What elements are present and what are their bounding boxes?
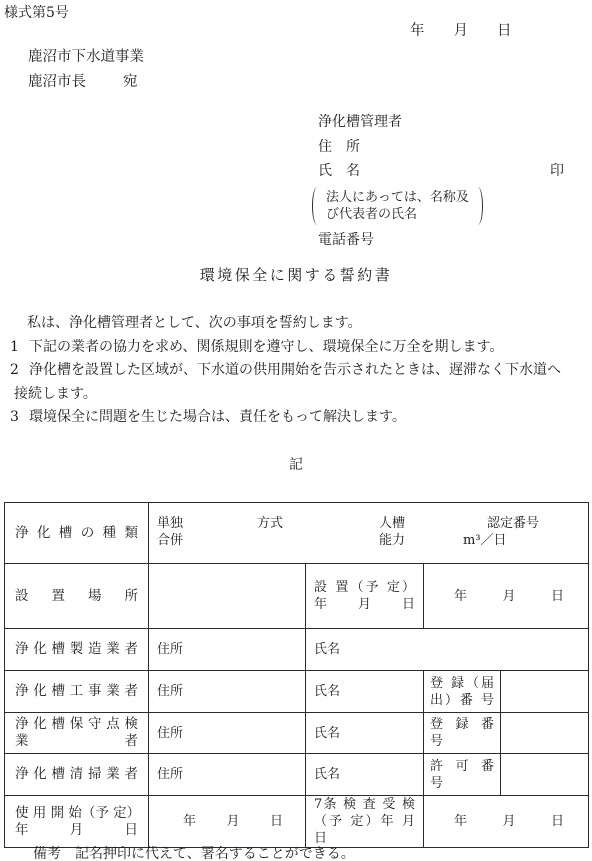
cell-cleaner-permit-label: 許 可 番 号 [424,754,501,796]
date-line: 年 月 日 [410,19,512,40]
cell-maintenance-registration-value [501,713,589,754]
cell-installer-registration-label: 登 録（届 出）番 号 [424,671,501,713]
row-cleaner: 浄 化 槽 清 掃 業 者 住所 氏名 許 可 番 号 [5,754,589,796]
corp-note-line2: び代表者の氏名 [326,206,469,223]
label-hoshu-line2: 業 者 [15,733,138,750]
ki-heading: 記 [6,454,586,474]
cell-start-date-value: 年 月 日 [149,796,306,848]
seal-mark: 印 [550,159,564,184]
cell-maintenance-name: 氏名 [306,713,424,754]
name-row: 氏 名 印 [318,159,564,184]
cell-cleaner-permit-value [501,754,589,796]
label-ninso: 人槽 [379,515,405,532]
cell-start-label: 使 用 開 始（予 定） 年 月 日 [5,796,149,848]
row-start-of-use: 使 用 開 始（予 定） 年 月 日 年 月 日 7条 検 査 受 検 （予 定… [5,796,589,848]
label-shiyo-line2: 年 月 日 [15,822,138,839]
pledge-table: 浄 化 槽 の 種 類 単独 合併 方式 人槽 能力 認定番号 m³／日 設 置… [4,502,589,848]
row-installation-site: 設 置 場 所 設 置（予 定） 年 月 日 年 月 日 [5,564,589,629]
pledge-item-2-continuation: 接続します。 [10,383,586,407]
label-houshiki: 方式 [257,515,283,532]
corporate-note: 法人にあっては、名称及 び代表者の氏名 [312,186,564,226]
cell-manufacturer-address: 住所 [149,629,306,671]
label-nouryoku: 能力 [379,532,405,549]
form-page: 様式第5号 年 月 日 鹿沼市下水道事業 鹿沼市長 宛 浄化槽管理者 住 所 氏… [0,0,592,861]
cell-maintenance-registration-label: 登 録 番 号 [424,713,501,754]
cell-article7-inspection-label: 7条 検 査 受 検 （予 定）年 月 日 [306,796,424,848]
label-gappei: 合併 [157,532,183,549]
cell-site-value [149,564,306,629]
name-label: 氏 名 [318,159,360,184]
corp-note-bracket-right-icon [473,187,483,225]
row-manufacturer: 浄 化 槽 製 造 業 者 住所 氏名 [5,629,589,671]
pledge-item-3: 3 環境保全に問題を生じた場合は、責任をもって解決します。 [10,406,586,430]
item-number: 2 [10,359,29,383]
addressee-line: 鹿沼市長 宛 [28,70,138,91]
cell-cleaner-name: 氏名 [306,754,424,796]
phone-label: 電話番号 [318,228,564,253]
cell-installation-date-value: 年 月 日 [424,564,589,629]
label-shiyo-line1: 使 用 開 始（予 定） [15,805,138,822]
header-certification-number: 認定番号 m³／日 [463,515,539,549]
pledge-intro: 私は、浄化槽管理者として、次の事項を誓約します。 [10,312,586,336]
corp-note-text: 法人にあっては、名称及 び代表者の氏名 [322,189,473,223]
pledge-item-2: 2 浄化槽を設置した区域が、下水道の供用開始を告示されたときは、遅滞なく下水道へ [10,359,586,383]
addressee-suffix: 宛 [123,70,138,91]
corp-note-bracket-left-icon [312,187,322,225]
cell-type-header: 単独 合併 方式 人槽 能力 認定番号 m³／日 [149,503,589,564]
pledge-item-1: 1 下記の業者の協力を求め、関係規則を遵守し、環境保全に万全を期します。 [10,336,586,360]
label-tandoku: 単独 [157,515,183,532]
cell-type-label: 浄 化 槽 の 種 類 [5,503,149,564]
cell-manufacturer-label: 浄 化 槽 製 造 業 者 [5,629,149,671]
addressee-name: 鹿沼市長 [28,70,86,91]
cell-installer-name: 氏名 [306,671,424,713]
row-maintenance: 浄 化 槽 保 守 点 検 業 者 住所 氏名 登 録 番 号 [5,713,589,754]
cell-installer-address: 住所 [149,671,306,713]
item-number: 3 [10,406,29,430]
label-reg-line2: 出）番 号 [430,692,494,709]
label-article7-line2: （予 定）年 月 日 [314,813,415,847]
sender-organization: 鹿沼市下水道事業 [28,45,144,66]
pledge-body: 私は、浄化槽管理者として、次の事項を誓約します。 1 下記の業者の協力を求め、関… [10,312,586,430]
header-ninso-nouryoku: 人槽 能力 [379,515,405,549]
item-text: 下記の業者の協力を求め、関係規則を遵守し、環境保全に万全を期します。 [29,336,503,360]
label-reg-line1: 登 録（届 [430,675,494,692]
label-hoshu-line1: 浄 化 槽 保 守 点 検 [15,716,138,733]
item-text: 環境保全に問題を生じた場合は、責任をもって解決します。 [29,406,406,430]
cell-cleaner-label: 浄 化 槽 清 掃 業 者 [5,754,149,796]
label-article7-line1: 7条 検 査 受 検 [314,796,415,813]
item-text: 浄化槽を設置した区域が、下水道の供用開始を告示されたときは、遅滞なく下水道へ [29,359,561,383]
item-number: 1 [10,336,29,360]
corp-note-line1: 法人にあっては、名称及 [326,189,469,206]
label-unit-m3-day: m³／日 [463,532,539,549]
row-septic-tank-type: 浄 化 槽 の 種 類 単独 合併 方式 人槽 能力 認定番号 m³／日 [5,503,589,564]
label-ymd: 年 月 日 [314,596,415,613]
header-tandoku-gappei: 単独 合併 [157,515,183,549]
cell-installer-registration-value [501,671,589,713]
manager-block: 浄化槽管理者 住 所 氏 名 印 法人にあっては、名称及 び代表者の氏名 電話番… [318,110,564,252]
form-number: 様式第5号 [4,2,69,22]
manager-title: 浄化槽管理者 [318,110,564,135]
cell-manufacturer-name: 氏名 [306,629,589,671]
document-title: 環境保全に関する誓約書 [6,264,586,285]
cell-maintenance-address: 住所 [149,713,306,754]
address-label: 住 所 [318,135,564,160]
cell-installer-label: 浄 化 槽 工 事 業 者 [5,671,149,713]
row-installer: 浄 化 槽 工 事 業 者 住所 氏名 登 録（届 出）番 号 [5,671,589,713]
label-nintei: 認定番号 [463,515,539,532]
remarks-note: 備考 記名押印に代えて、署名することができる。 [33,843,355,861]
cell-article7-date-value: 年 月 日 [424,796,589,848]
cell-installation-date-label: 設 置（予 定） 年 月 日 [306,564,424,629]
label-setchi-yotei: 設 置（予 定） [314,579,415,596]
cell-site-label: 設 置 場 所 [5,564,149,629]
cell-cleaner-address: 住所 [149,754,306,796]
cell-maintenance-label: 浄 化 槽 保 守 点 検 業 者 [5,713,149,754]
